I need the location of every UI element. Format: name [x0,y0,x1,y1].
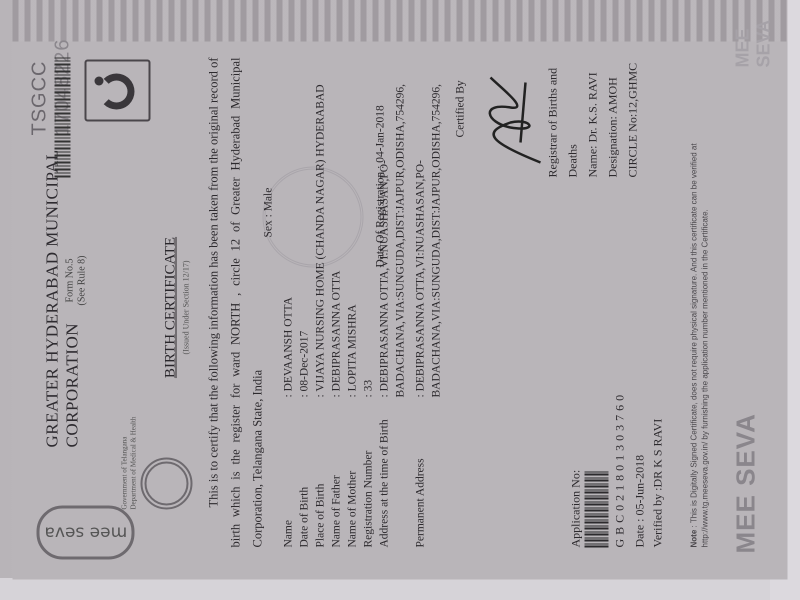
date-of-registration: Date Of Registration : 04-Jan-2018 [375,105,387,267]
certificate-title: BIRTH CERTIFICATE [163,48,180,568]
application-barcode [585,470,609,548]
meeseva-watermark-faint: MEE SEVA [733,20,775,68]
sex-field: Sex : Male [263,188,275,238]
details-list: Name: DEVAANSH OTTA Date of Birth: 08-De… [281,58,445,548]
issue-date: Date : 05-Jun-2018 [633,455,648,548]
birth-certificate: mee seva Government of Telangana Departm… [13,0,788,580]
ghmc-logo-icon [85,60,151,122]
serial-barcode [55,58,71,178]
certificate-subtitle: (Issued Under Section 12/17) [182,48,191,568]
verified-by: Verified by :DR K S RAVI [651,419,666,548]
meeseva-logo-icon: mee seva [37,506,135,560]
signature-icon [471,63,551,173]
table-surface [0,578,800,600]
certificate-header: mee seva Government of Telangana Departm… [23,48,153,568]
field-row: Date of Birth: 08-Dec-2017 [297,58,313,548]
decorative-border [13,0,788,42]
field-row: Name of Father: DEBIPRASANNA OTTA [329,58,345,548]
application-number-label: Application No: [569,470,584,548]
meeseva-watermark: MEE SEVA [731,413,762,553]
certification-text: This is to certify that the following in… [203,58,269,548]
registrar-block: Registrar of Births and Deaths Name: Dr.… [543,48,643,178]
field-row: Place of Birth: VIJAYA NURSING HOME (CHA… [313,58,329,548]
field-row: Permanent Address: DEBIPRASANNA OTTA,VI:… [413,58,445,548]
government-label: Government of Telangana Department of Me… [121,417,139,510]
application-code: GBC021801303760 [613,391,628,548]
field-row: Name: DEVAANSH OTTA [281,58,297,548]
form-number: Form No.5 (See Rule 8) [65,256,89,306]
certified-by-label: Certified By [455,80,467,137]
verification-note: Note : This is Digitally Signed Certific… [689,58,711,548]
field-row: Name of Mother: LOPITA MISHRA [345,58,361,548]
